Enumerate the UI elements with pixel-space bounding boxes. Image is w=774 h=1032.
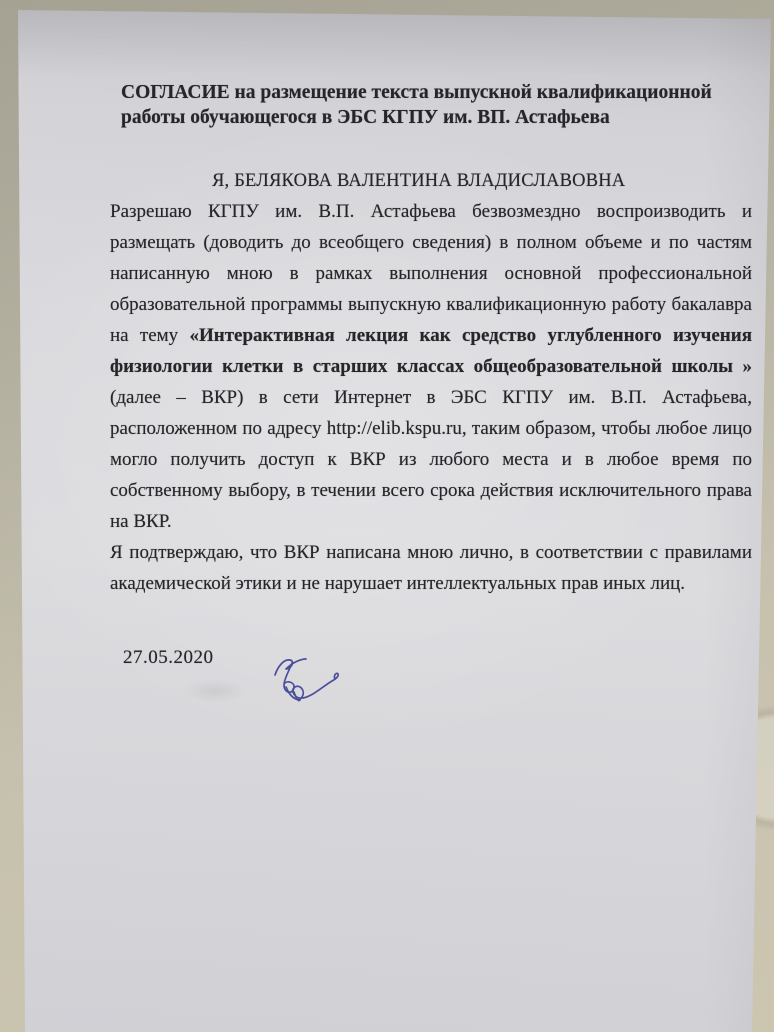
- document-content: СОГЛАСИЕ на размещение текста выпускной …: [0, 0, 774, 1032]
- handwritten-signature-icon: [254, 626, 362, 722]
- consent-text-after-topic: (далее – ВКР) в сети Интернет в ЭБС КГПУ…: [110, 387, 752, 532]
- declarant-name: Я, БЕЛЯКОВА ВАЛЕНТИНА ВЛАДИСЛАВОВНА: [212, 169, 752, 193]
- photo-background: СОГЛАСИЕ на размещение текста выпускной …: [0, 0, 774, 1032]
- document-body: Разрешаю КГПУ им. В.П. Астафьева безвозм…: [110, 196, 752, 599]
- confirmation-paragraph: Я подтверждаю, что ВКР написана мною лич…: [110, 537, 752, 599]
- date: 27.05.2020: [123, 647, 214, 669]
- paper-smudge: [183, 679, 247, 703]
- consent-paragraph: Разрешаю КГПУ им. В.П. Астафьева безвозм…: [110, 196, 752, 537]
- thesis-topic: «Интерактивная лекция как средство углуб…: [110, 325, 752, 377]
- document-title: СОГЛАСИЕ на размещение текста выпускной …: [121, 80, 737, 130]
